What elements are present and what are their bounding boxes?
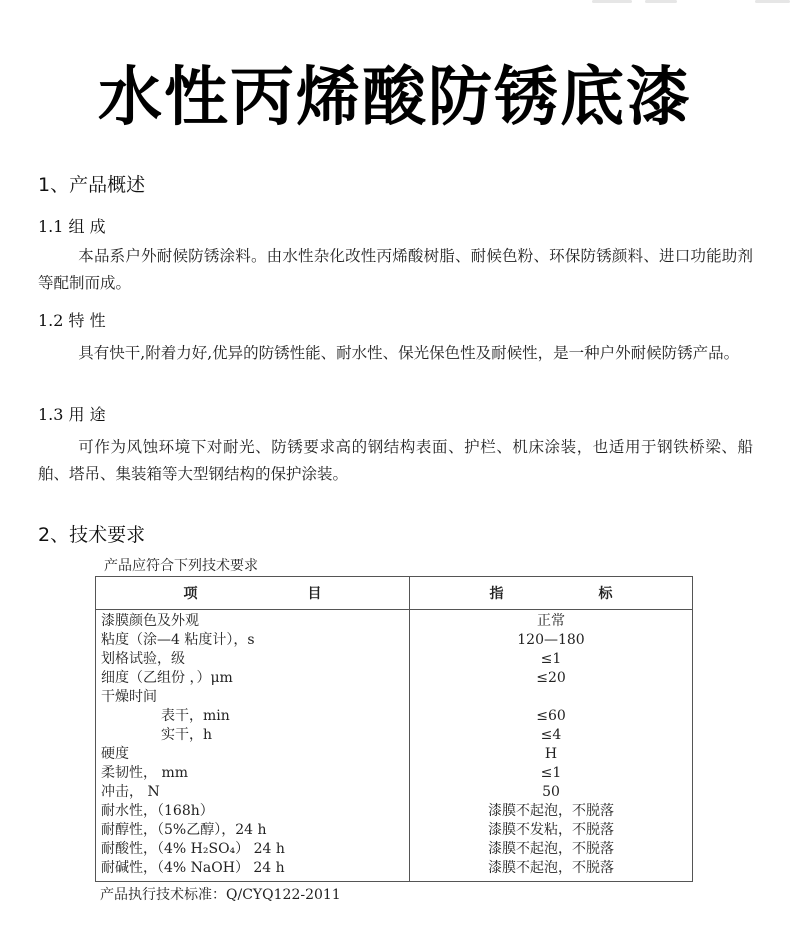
value-cell: 50 bbox=[410, 783, 693, 802]
item-cell: 细度（乙组份 ，）μm bbox=[96, 669, 410, 688]
header-item: 项目 bbox=[96, 577, 410, 610]
table-row: 粘度（涂—4 粘度计），s120—180 bbox=[96, 631, 693, 650]
table-row: 漆膜颜色及外观正常 bbox=[96, 610, 693, 632]
top-artifact bbox=[592, 0, 632, 3]
value-cell: 漆膜不起泡，不脱落 bbox=[410, 840, 693, 859]
header-spec-a: 指 bbox=[490, 586, 504, 602]
subsection-heading-usage: 1.3 用 途 bbox=[38, 402, 106, 425]
features-text: 具有快干,附着力好,优异的防锈性能、耐水性、保光保色性及耐候性，是一种户外耐候防… bbox=[38, 340, 753, 367]
table-row: 耐醇性，（5%乙醇），24 h漆膜不发粘，不脱落 bbox=[96, 821, 693, 840]
value-cell: ≤4 bbox=[410, 726, 693, 745]
value-cell: ≤20 bbox=[410, 669, 693, 688]
header-item-b: 目 bbox=[308, 586, 322, 602]
value-cell: 正常 bbox=[410, 610, 693, 632]
value-cell: H bbox=[410, 745, 693, 764]
table-row: 耐酸性，（4% H₂SO₄） 24 h漆膜不起泡，不脱落 bbox=[96, 840, 693, 859]
table-row: 耐水性，（168h）漆膜不起泡，不脱落 bbox=[96, 802, 693, 821]
item-cell: 漆膜颜色及外观 bbox=[96, 610, 410, 632]
table-row: 细度（乙组份 ，）μm≤20 bbox=[96, 669, 693, 688]
table-row: 硬度H bbox=[96, 745, 693, 764]
table-row: 划格试验，级≤1 bbox=[96, 650, 693, 669]
item-cell: 干燥时间 bbox=[96, 688, 410, 707]
table-row: 表干，min≤60 bbox=[96, 707, 693, 726]
value-cell: ≤1 bbox=[410, 764, 693, 783]
page-title: 水性丙烯酸防锈底漆 bbox=[0, 58, 790, 138]
composition-text: 本品系户外耐候防锈涂料。由水性杂化改性丙烯酸树脂、耐候色粉、环保防锈颜料、进口功… bbox=[38, 243, 753, 297]
table-row: 冲击， N50 bbox=[96, 783, 693, 802]
item-cell: 耐酸性，（4% H₂SO₄） 24 h bbox=[96, 840, 410, 859]
section-heading-tech-requirements: 2、技术要求 bbox=[38, 520, 145, 547]
value-cell: 120—180 bbox=[410, 631, 693, 650]
item-cell: 划格试验，级 bbox=[96, 650, 410, 669]
table-row: 耐碱性，（4% NaOH） 24 h漆膜不起泡，不脱落 bbox=[96, 859, 693, 882]
item-cell: 实干，h bbox=[96, 726, 410, 745]
item-cell: 冲击， N bbox=[96, 783, 410, 802]
value-cell: ≤1 bbox=[410, 650, 693, 669]
item-cell: 表干，min bbox=[96, 707, 410, 726]
value-cell: ≤60 bbox=[410, 707, 693, 726]
header-item-a: 项 bbox=[184, 586, 198, 602]
table-row: 实干，h≤4 bbox=[96, 726, 693, 745]
usage-text: 可作为风蚀环境下对耐光、防锈要求高的钢结构表面、护栏、机床涂装，也适用于钢铁桥梁… bbox=[38, 434, 753, 488]
value-cell: 漆膜不发粘，不脱落 bbox=[410, 821, 693, 840]
item-cell: 耐水性，（168h） bbox=[96, 802, 410, 821]
value-cell bbox=[410, 688, 693, 707]
spec-table: 项目 指标 漆膜颜色及外观正常 粘度（涂—4 粘度计），s120—180 划格试… bbox=[95, 576, 693, 882]
top-artifact bbox=[755, 0, 790, 3]
item-cell: 耐醇性，（5%乙醇），24 h bbox=[96, 821, 410, 840]
standard-footnote: 产品执行技术标准：Q/CYQ122-2011 bbox=[100, 884, 341, 904]
header-spec: 指标 bbox=[410, 577, 693, 610]
item-cell: 硬度 bbox=[96, 745, 410, 764]
top-artifact bbox=[645, 0, 677, 3]
subsection-heading-composition: 1.1 组 成 bbox=[38, 214, 106, 237]
item-cell: 粘度（涂—4 粘度计），s bbox=[96, 631, 410, 650]
section-heading-overview: 1、产品概述 bbox=[38, 170, 145, 197]
item-cell: 耐碱性，（4% NaOH） 24 h bbox=[96, 859, 410, 882]
item-cell: 柔韧性， mm bbox=[96, 764, 410, 783]
table-row: 干燥时间 bbox=[96, 688, 693, 707]
table-header-row: 项目 指标 bbox=[96, 577, 693, 610]
value-cell: 漆膜不起泡，不脱落 bbox=[410, 859, 693, 882]
table-row: 柔韧性， mm≤1 bbox=[96, 764, 693, 783]
value-cell: 漆膜不起泡，不脱落 bbox=[410, 802, 693, 821]
header-spec-b: 标 bbox=[599, 586, 613, 602]
table-caption: 产品应符合下列技术要求 bbox=[104, 555, 258, 575]
subsection-heading-features: 1.2 特 性 bbox=[38, 308, 106, 331]
